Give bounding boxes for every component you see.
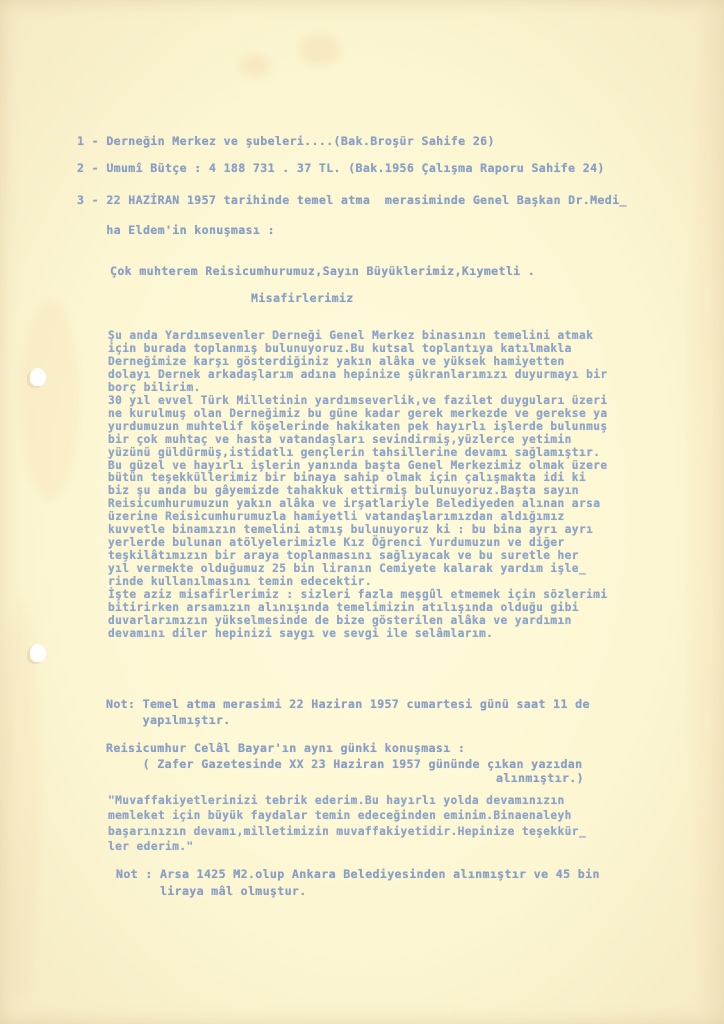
speech-line: için burada toplanmış bulunuyoruz.Bu kut…: [108, 343, 572, 354]
speech-line: ne kurulmuş olan Derneğimiz bu güne kada…: [108, 408, 607, 419]
note-2-line-1: Not : Arsa 1425 M2.olup Ankara Belediyes…: [116, 869, 600, 881]
speech-line: bütün teşekküllerimiz bir binaya sahip o…: [108, 472, 586, 483]
speech-line: yıl vermekte olduğumuz 25 bin liranın Ce…: [108, 563, 586, 574]
quote-line: "Muvaffakiyetlerinizi tebrik ederim.Bu h…: [108, 795, 565, 806]
quote-line: memleket için büyük faydalar temin edece…: [108, 810, 572, 821]
list-item-3: 3 - 22 HAZİRAN 1957 tarihinde temel atma…: [77, 195, 627, 207]
speech-line: üzerine Reisicumhurumuzla hamiyetli vata…: [108, 511, 565, 522]
speech-line: Reisicumhurumuzun yakın alâka ve irşatla…: [108, 498, 600, 509]
speech-line: biz şu anda bu gâyemizde tahakkuk ettirm…: [108, 485, 579, 496]
speech-line: yüzünü güldürmüş,istidatlı gençlerin tah…: [108, 447, 600, 458]
note-1-line-2: yapılmıştır.: [106, 715, 231, 727]
speech-line: dolayı Dernek arkadaşlarım adına hepiniz…: [108, 369, 607, 380]
note-1-line-1: Not: Temel atma merasimi 22 Haziran 1957…: [106, 699, 590, 711]
typewritten-document-page: 1 - Derneğin Merkez ve şubeleri....(Bak.…: [0, 0, 724, 1024]
note-2-line-2: liraya mâl olmuştur.: [116, 886, 307, 898]
punch-hole-bottom: [30, 644, 46, 662]
list-item-3-continued: ha Eldem'in konuşması :: [77, 225, 275, 237]
speech-line: bir çok muhtaç ve hasta vatandaşları sev…: [108, 434, 572, 445]
president-speech-source-line-1: ( Zafer Gazetesinde XX 23 Haziran 1957 g…: [106, 759, 582, 771]
speech-line: Şu anda Yardımsevenler Derneği Genel Mer…: [108, 330, 593, 341]
paper-stain: [300, 35, 340, 65]
speech-line: yerlerde bulunan atölyelerimizle Kız Öğr…: [108, 537, 565, 548]
speech-line: Bu güzel ve hayırlı işlerin yanında başt…: [108, 460, 607, 471]
list-item-1: 1 - Derneğin Merkez ve şubeleri....(Bak.…: [77, 136, 495, 148]
speech-line: duvarlarımızın yükselmesinde de bize gös…: [108, 615, 572, 626]
president-speech-source-line-2: alınmıştır.): [496, 773, 584, 785]
punch-hole-top: [30, 368, 46, 386]
list-item-2: 2 - Umumî Bütçe : 4 188 731 . 37 TL. (Ba…: [77, 163, 605, 175]
speech-line: kuvvetle binamızın temelini atmış bulunu…: [108, 524, 593, 535]
speech-line: 30 yıl evvel Türk Milletinin yardımsever…: [108, 395, 607, 406]
speech-line: rinde kullanılmasını temin edecektir.: [108, 576, 372, 587]
speech-line: bitirirken arsamızın alınışında temelimi…: [108, 602, 579, 613]
speech-line: devamını diler hepinizi saygı ve sevgi i…: [108, 628, 493, 639]
speech-line: İşte aziz misafirlerimiz : sizleri fazla…: [108, 589, 607, 600]
speech-line: yurdumuzun muhtelif köşelerinde hakikate…: [108, 421, 607, 432]
salutation-line-1: Çok muhterem Reisicumhurumuz,Sayın Büyük…: [110, 266, 535, 278]
paper-stain: [690, 0, 724, 1024]
speech-line: teşkilâtımızın bir araya toplanmasını sa…: [108, 550, 579, 561]
speech-line: Derneğimize karşı gösterdiğiniz yakın al…: [108, 356, 565, 367]
quote-line: ler ederim.": [108, 841, 194, 852]
paper-stain: [240, 55, 270, 77]
president-speech-heading: Reisicumhur Celâl Bayar'ın aynı günki ko…: [106, 743, 465, 755]
salutation-line-2: Misafirlerimiz: [251, 293, 354, 305]
quote-line: başarınızın devamı,milletimizin muvaffak…: [108, 826, 586, 837]
speech-line: borç bilirim.: [108, 382, 201, 393]
paper-stain: [20, 300, 80, 500]
